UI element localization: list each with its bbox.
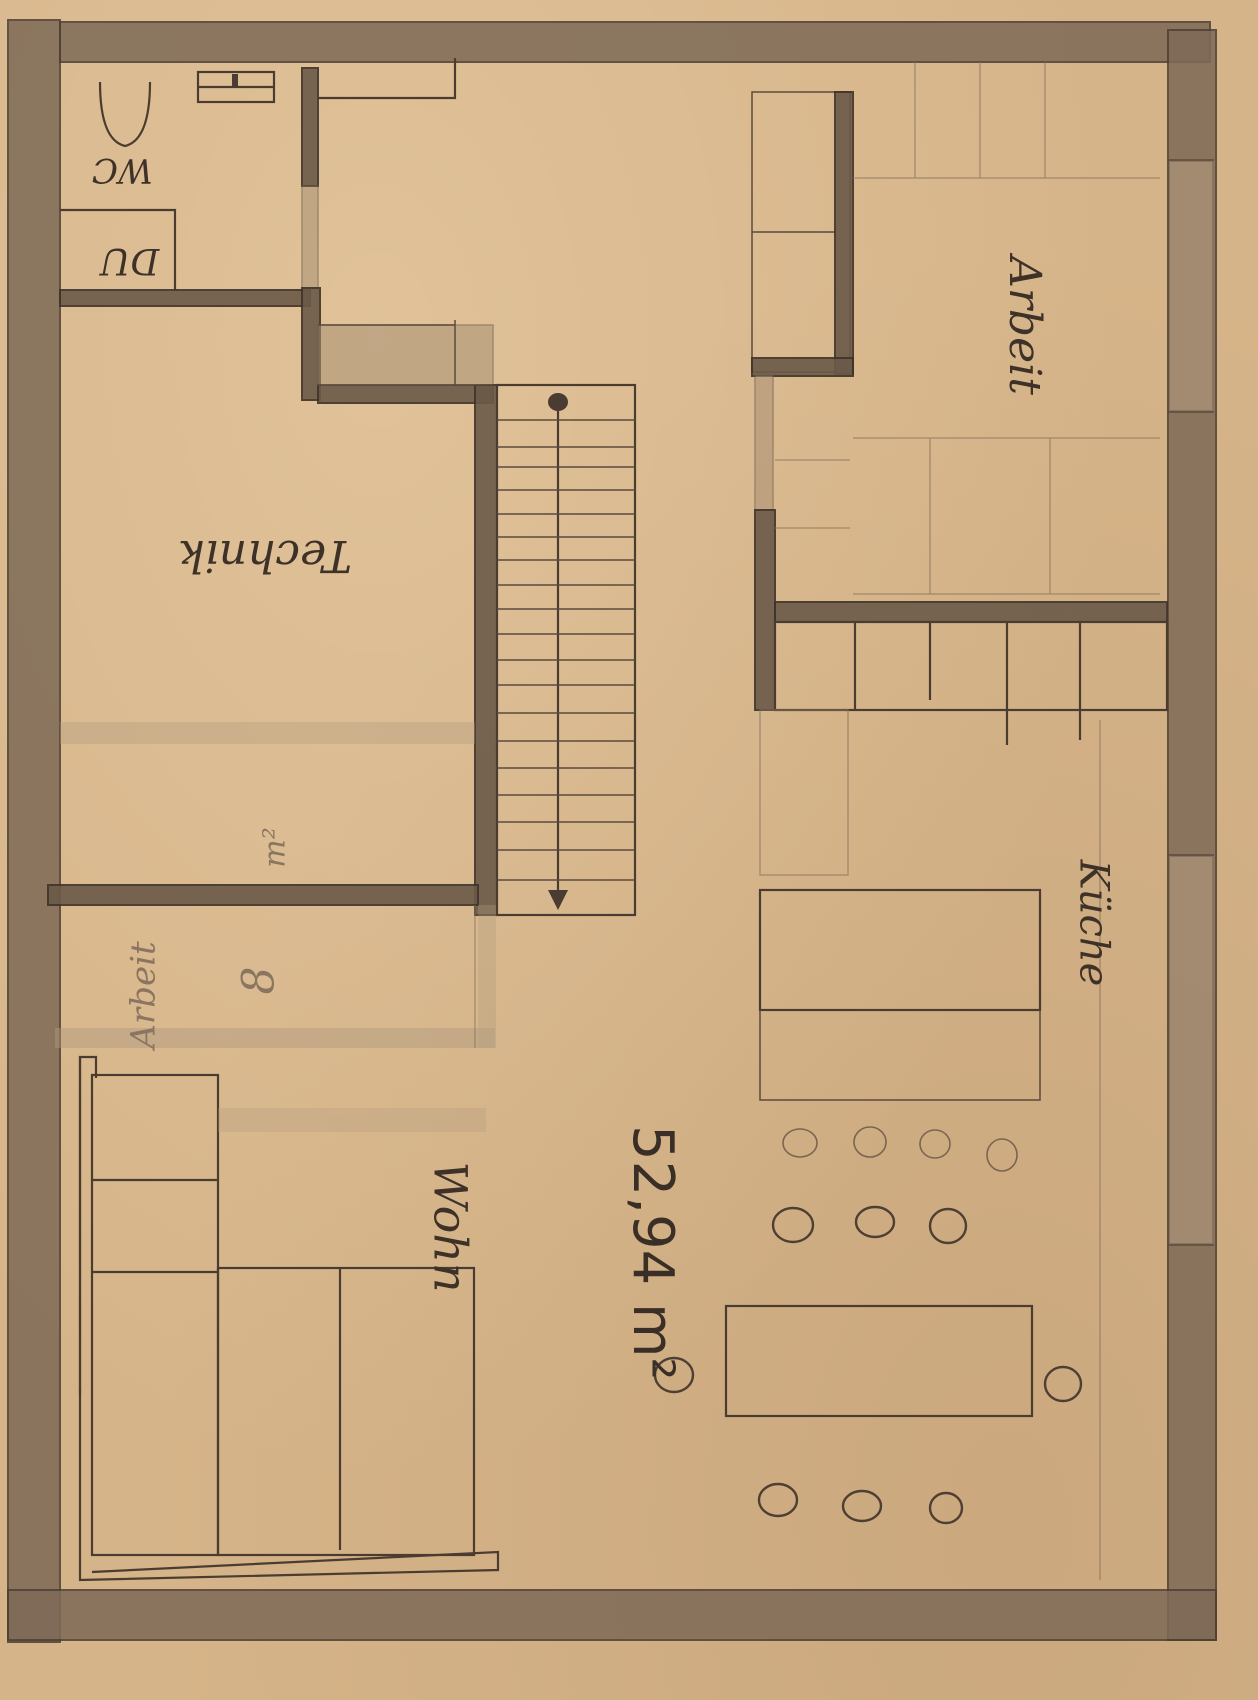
label-m2-faint: m² [258,827,293,867]
label-eight-faint: 8 [234,967,285,995]
staircase [497,385,635,915]
bottom-wall [8,1590,1216,1640]
label-du: DU [100,240,159,281]
arbeit-room [752,62,1167,745]
label-wc: WC [92,150,153,190]
technik-south-wall [48,885,478,905]
dining-area [655,1127,1081,1523]
toilet-icon [100,82,150,146]
wc-wall [60,290,310,306]
label-arbeit: Arbeit [999,256,1050,395]
label-arbeit-faint: Arbeit [124,941,164,1048]
label-kueche: Küche [1070,860,1116,987]
floor-plan-drawing [0,0,1258,1700]
area-value: 52,94 m² [620,1125,685,1380]
kitchen-island [760,890,1040,1010]
label-wohn: Wohn [424,1161,478,1292]
label-technik: Technik [178,530,352,581]
kitchen [760,710,1100,1580]
top-wall [60,22,1210,62]
technik-room [48,320,497,915]
left-wall [8,20,60,1642]
sofa [80,1057,498,1590]
dining-table [726,1306,1032,1416]
